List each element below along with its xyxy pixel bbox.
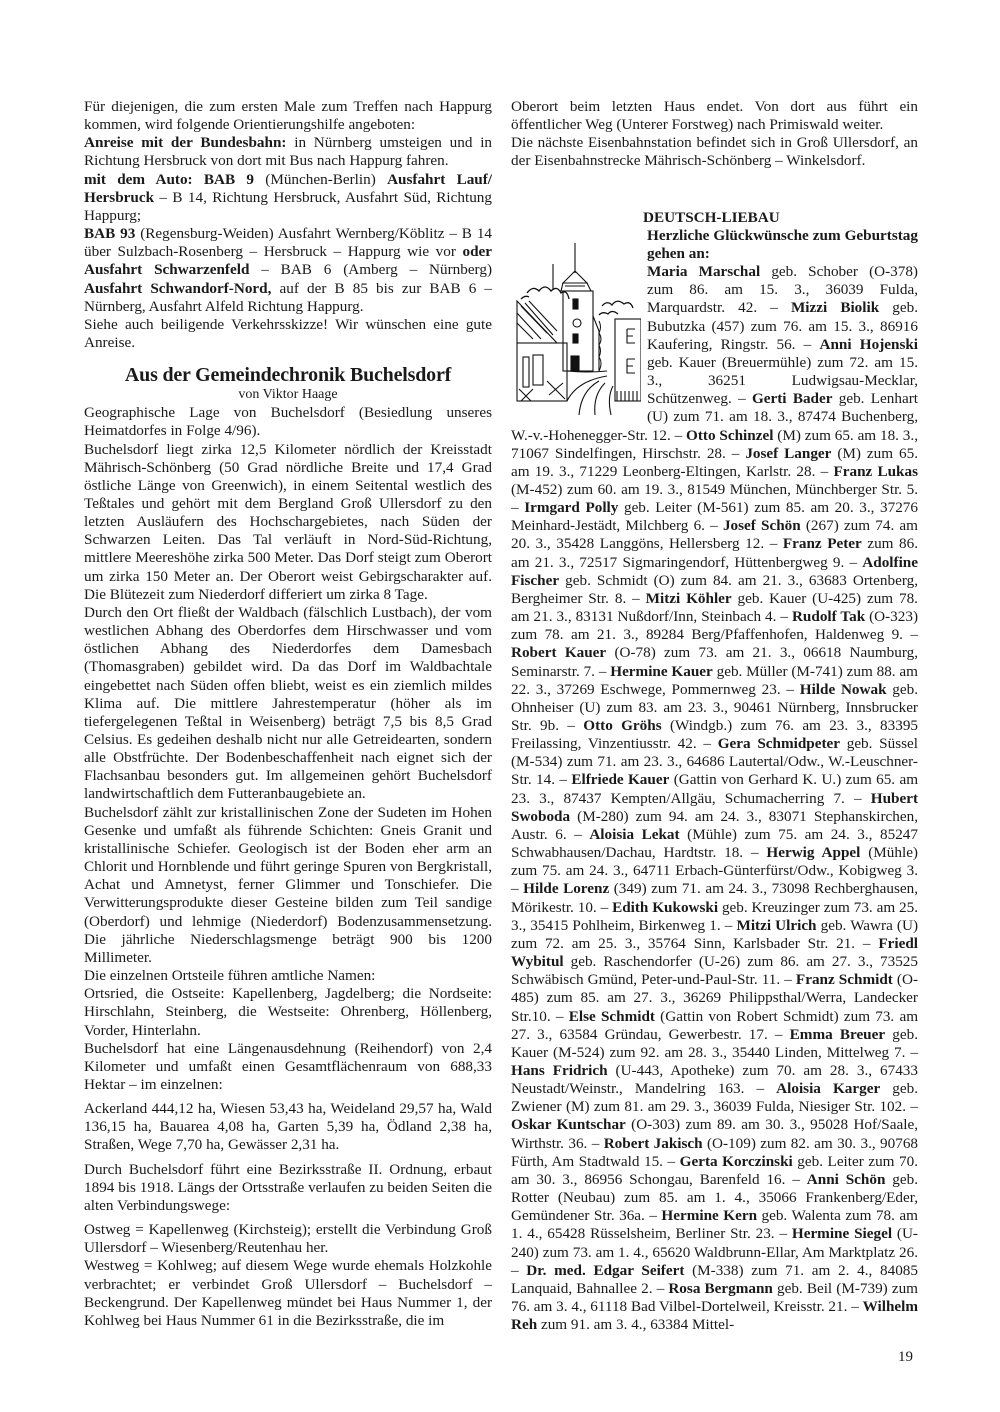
person-name: Franz Peter — [783, 535, 862, 552]
person-name: Franz Schmidt — [796, 971, 893, 988]
article-paragraph: Westweg = Kohlweg; auf diesem Wege wurde… — [84, 1257, 492, 1330]
church-village-sketch-icon — [507, 231, 641, 417]
person-name: Josef Langer — [745, 445, 831, 462]
person-name: Hilde Nowak — [800, 681, 887, 698]
article: Aus der Gemeindechronik Buchelsdorf von … — [84, 364, 492, 1330]
article-paragraph: Buchelsdorf liegt zirka 12,5 Kilometer n… — [84, 441, 492, 604]
article-paragraph: Buchelsdorf hat eine Längenausdehnung (R… — [84, 1040, 492, 1094]
person-name: Mitzi Ulrich — [736, 917, 816, 934]
person-name: Gera Schmidpeter — [718, 735, 840, 752]
person-name: Rosa Bergmann — [668, 1280, 773, 1297]
article-paragraph: Durch Buchelsdorf führt eine Bezirksstra… — [84, 1161, 492, 1215]
person-name: Anni Hojenski — [820, 336, 919, 353]
intro-paragraph: Für diejenigen, die zum ersten Male zum … — [84, 98, 492, 134]
person-name: Gerta Korczinski — [680, 1153, 793, 1170]
bab93-directions: BAB 93 (Regensburg-Weiden) Ausfahrt Wern… — [84, 225, 492, 316]
article-author: von Viktor Haage — [84, 386, 492, 404]
person-name: Robert Jakisch — [604, 1135, 703, 1152]
right-column: Oberort beim letzten Haus endet. Von dor… — [511, 98, 918, 1334]
person-name: Rudolf Tak — [792, 608, 865, 625]
person-name: Mitzi Köhler — [646, 590, 732, 607]
person-name: Hilde Lorenz — [523, 880, 609, 897]
birthday-entry: Elfriede Kauer (Gattin von Gerhard K. U.… — [511, 771, 918, 806]
birthday-list: Maria Marschal geb. Schober (O-378) zum … — [511, 263, 918, 1334]
person-name: Elfriede Kauer — [571, 771, 669, 788]
church-illustration — [507, 231, 641, 417]
person-name: Aloisia Karger — [776, 1080, 880, 1097]
person-name: Aloisia Lekat — [589, 826, 679, 843]
article-paragraph: Ostweg = Kapellenweg (Kirchsteig); erste… — [84, 1221, 492, 1257]
person-name: Josef Schön — [723, 517, 801, 534]
person-name: Irmgard Polly — [524, 499, 618, 516]
person-name: Herwig Appel — [766, 844, 860, 861]
person-name: Dr. med. Edgar Seifert — [526, 1262, 684, 1279]
person-name: Emma Breuer — [790, 1026, 885, 1043]
person-name: Robert Kauer — [511, 644, 606, 661]
article-paragraph: Die einzelnen Ortsteile führen amtliche … — [84, 967, 492, 985]
person-name: Hermine Siegel — [792, 1225, 892, 1242]
article-continuation: Oberort beim letzten Haus endet. Von dor… — [511, 98, 918, 134]
person-name: Franz Lukas — [833, 463, 918, 480]
birthday-section: Herzliche Glückwünsche zum Geburtstag ge… — [511, 227, 918, 1335]
article-paragraph: Buchelsdorf zählt zur kristallinischen Z… — [84, 804, 492, 967]
person-name: Mizzi Biolik — [791, 299, 879, 316]
page-number: 19 — [898, 1349, 913, 1366]
entry-details: (M-452) zum 60. am 19. 3., 81549 München… — [511, 481, 918, 498]
article-paragraph: Geographische Lage von Buchelsdorf (Besi… — [84, 404, 492, 440]
article-paragraph: Durch den Ort fließt der Waldbach (fälsc… — [84, 604, 492, 804]
person-name: Otto Schinzel — [686, 427, 773, 444]
article-paragraph: Ackerland 444,12 ha, Wiesen 53,43 ha, We… — [84, 1100, 492, 1154]
closing-wish: Siehe auch beiligende Verkehrsskizze! Wi… — [84, 316, 492, 352]
person-name: Hans Fridrich — [511, 1062, 608, 1079]
person-name: Otto Gröhs — [583, 717, 661, 734]
person-name: Edith Kukowski — [612, 899, 718, 916]
rail-directions: Anreise mit der Bundesbahn: in Nürnberg … — [84, 134, 492, 170]
section-heading: DEUTSCH-LIEBAU — [643, 209, 918, 227]
person-name: Oskar Kuntschar — [511, 1116, 626, 1133]
article-paragraph: Ortsried, die Ostseite: Kapellenberg, Ja… — [84, 985, 492, 1039]
car-directions: mit dem Auto: BAB 9 (München-Berlin) Aus… — [84, 171, 492, 225]
person-name: Anni Schön — [807, 1171, 886, 1188]
entry-details: zum 91. am 3. 4., 63384 Mittel- — [537, 1316, 734, 1333]
person-name: Gerti Bader — [752, 390, 833, 407]
person-name: Else Schmidt — [569, 1008, 655, 1025]
article-continuation: Die nächste Eisenbahnstation befindet si… — [511, 134, 918, 170]
travel-directions: Für diejenigen, die zum ersten Male zum … — [84, 98, 492, 352]
person-name: Hermine Kern — [661, 1207, 757, 1224]
person-name: Hermine Kauer — [610, 663, 713, 680]
person-name: Maria Marschal — [647, 263, 760, 280]
article-title: Aus der Gemeindechronik Buchelsdorf — [84, 364, 492, 386]
left-column: Für diejenigen, die zum ersten Male zum … — [84, 98, 492, 1330]
